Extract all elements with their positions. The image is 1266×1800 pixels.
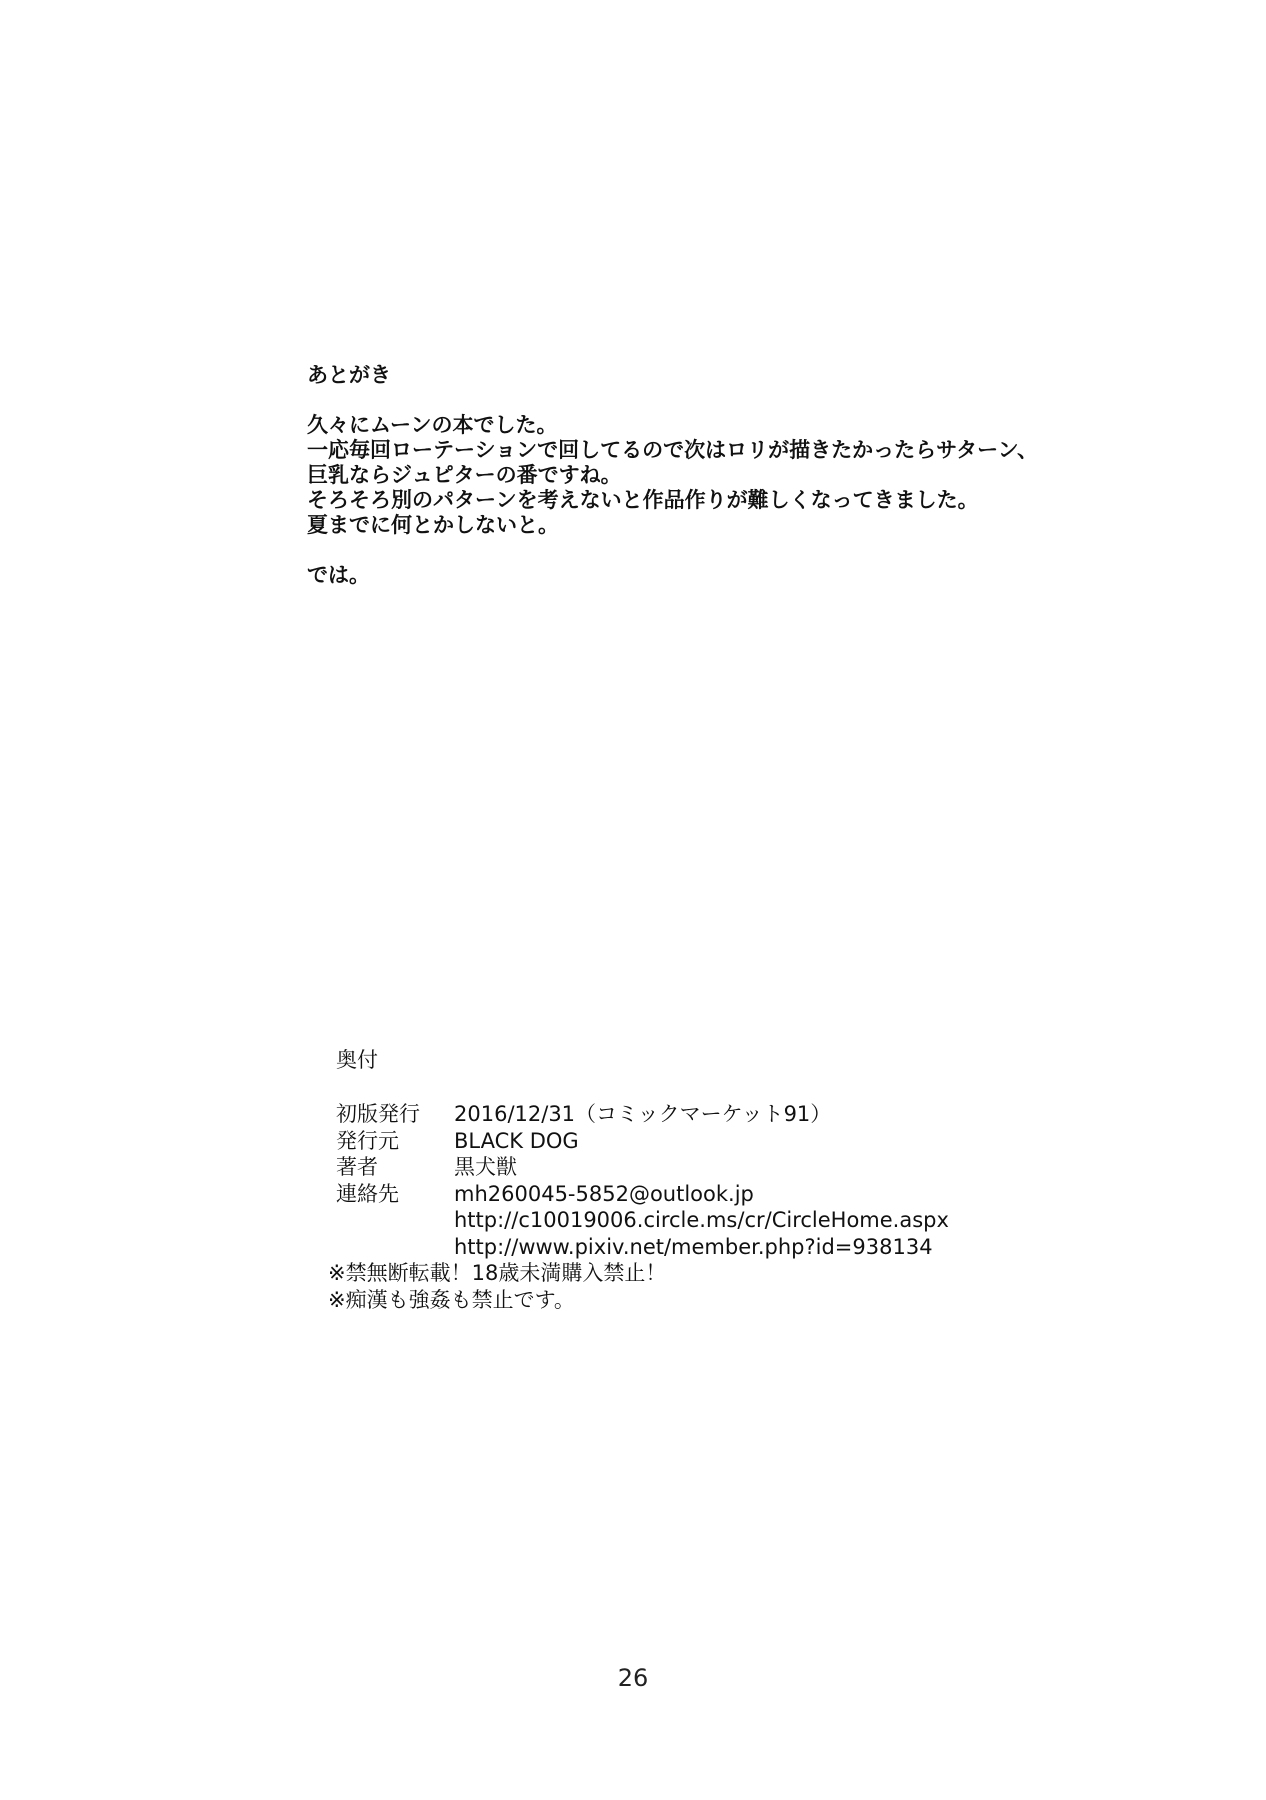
colophon-row-contact-url: http://www.pixiv.net/member.php?id=93813… [336,1234,949,1261]
row-label: 初版発行 [336,1101,454,1128]
row-label [336,1207,454,1234]
afterword-heading: あとがき [307,362,1038,387]
afterword-line: 一応毎回ローテーションで回してるので次はロリが描きたかったらサターン、 [307,437,1038,462]
colophon-row-contact-url: http://c10019006.circle.ms/cr/CircleHome… [336,1207,949,1234]
colophon-section: 奥付 初版発行 2016/12/31（コミックマーケット91） 発行元 BLAC… [336,1047,949,1313]
row-value: 黒犬獣 [454,1154,517,1181]
notice-line: ※痴漢も強姦も禁止です。 [328,1287,949,1314]
row-label [336,1234,454,1261]
notice-line: ※禁無断転載！18歳未満購入禁止！ [328,1260,949,1287]
afterword-line: 夏までに何とかしないと。 [307,512,1038,537]
row-value: BLACK DOG [454,1128,579,1155]
circle-url: http://c10019006.circle.ms/cr/CircleHome… [454,1207,949,1234]
row-label: 連絡先 [336,1181,454,1208]
row-label: 発行元 [336,1128,454,1155]
afterword-line: そろそろ別のパターンを考えないと作品作りが難しくなってきました。 [307,487,1038,512]
afterword-closing: では。 [307,562,1038,587]
row-label: 著者 [336,1154,454,1181]
colophon-row-contact: 連絡先 mh260045-5852@outlook.jp [336,1181,949,1208]
pixiv-url: http://www.pixiv.net/member.php?id=93813… [454,1234,933,1261]
colophon-row-author: 著者 黒犬獣 [336,1154,949,1181]
spacer [307,387,1038,412]
afterword-line: 久々にムーンの本でした。 [307,412,1038,437]
afterword-line: 巨乳ならジュピターの番ですね。 [307,462,1038,487]
afterword-section: あとがき 久々にムーンの本でした。 一応毎回ローテーションで回してるので次はロリ… [307,362,1038,587]
colophon-row-first-edition: 初版発行 2016/12/31（コミックマーケット91） [336,1101,949,1128]
colophon-row-publisher: 発行元 BLACK DOG [336,1128,949,1155]
contact-email: mh260045-5852@outlook.jp [454,1181,754,1208]
spacer [307,537,1038,562]
row-value: 2016/12/31（コミックマーケット91） [454,1101,831,1128]
page-number: 26 [0,1664,1266,1692]
colophon-title: 奥付 [336,1047,949,1074]
